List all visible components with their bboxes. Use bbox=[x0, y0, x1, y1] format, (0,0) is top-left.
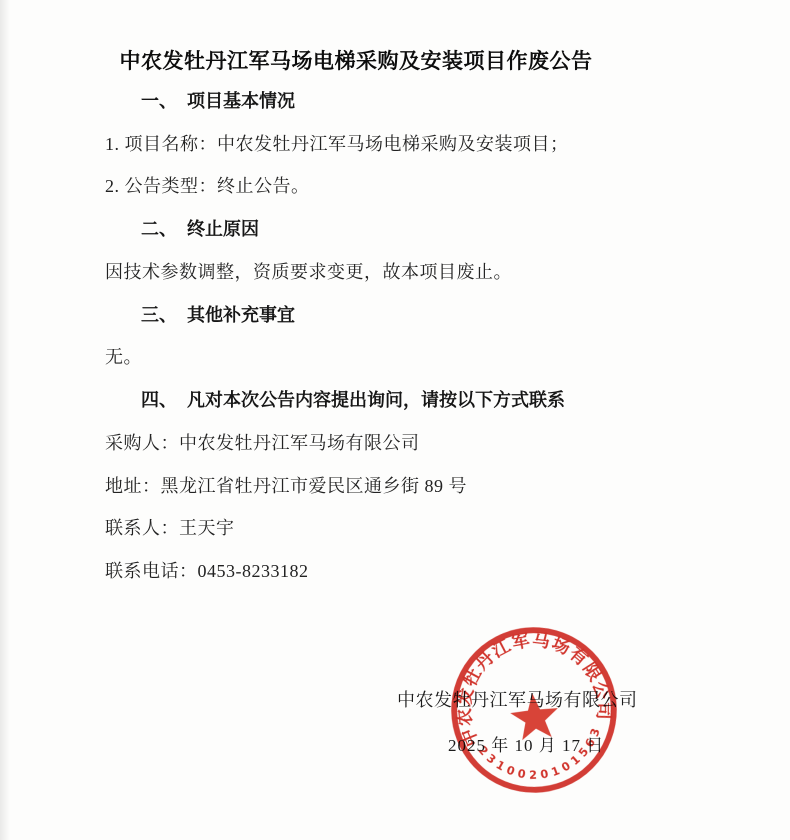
company-seal-stamp: 中农发牡丹江军马场有限公司 2310020101563 bbox=[442, 618, 627, 803]
body-line: 地址：黑龙江省牡丹江市爱民区通乡街 89 号 bbox=[0, 474, 790, 517]
section-heading-4: 四、凡对本次公告内容提出询问，请按以下方式联系 bbox=[0, 388, 790, 431]
section-heading-1: 一、项目基本情况 bbox=[0, 89, 790, 132]
section-number: 四、 bbox=[141, 388, 177, 412]
section-heading-text: 终止原因 bbox=[187, 219, 259, 239]
section-heading-text: 凡对本次公告内容提出询问，请按以下方式联系 bbox=[187, 390, 565, 410]
page-title: 中农发牡丹江军马场电梯采购及安装项目作废公告 bbox=[105, 46, 607, 89]
body-line: 采购人：中农发牡丹江军马场有限公司 bbox=[0, 431, 790, 474]
section-heading-2: 二、终止原因 bbox=[0, 217, 790, 260]
body-line: 因技术参数调整，资质要求变更，故本项目废止。 bbox=[0, 260, 790, 303]
section-number: 一、 bbox=[141, 89, 177, 113]
section-heading-3: 三、其他补充事宜 bbox=[0, 303, 790, 346]
body-line: 2. 公告类型：终止公告。 bbox=[0, 174, 790, 217]
body-line: 无。 bbox=[0, 345, 790, 388]
star-icon bbox=[508, 691, 560, 741]
section-heading-text: 其他补充事宜 bbox=[187, 305, 295, 325]
body-line: 联系人：王天宇 bbox=[0, 516, 790, 559]
section-number: 二、 bbox=[141, 217, 177, 241]
section-number: 三、 bbox=[141, 303, 177, 327]
body-line: 联系电话：0453-8233182 bbox=[0, 559, 790, 602]
section-heading-text: 项目基本情况 bbox=[187, 91, 295, 111]
document-page: 中农发牡丹江军马场电梯采购及安装项目作废公告 一、项目基本情况 1. 项目名称：… bbox=[0, 0, 790, 840]
body-line: 1. 项目名称：中农发牡丹江军马场电梯采购及安装项目； bbox=[0, 132, 790, 175]
